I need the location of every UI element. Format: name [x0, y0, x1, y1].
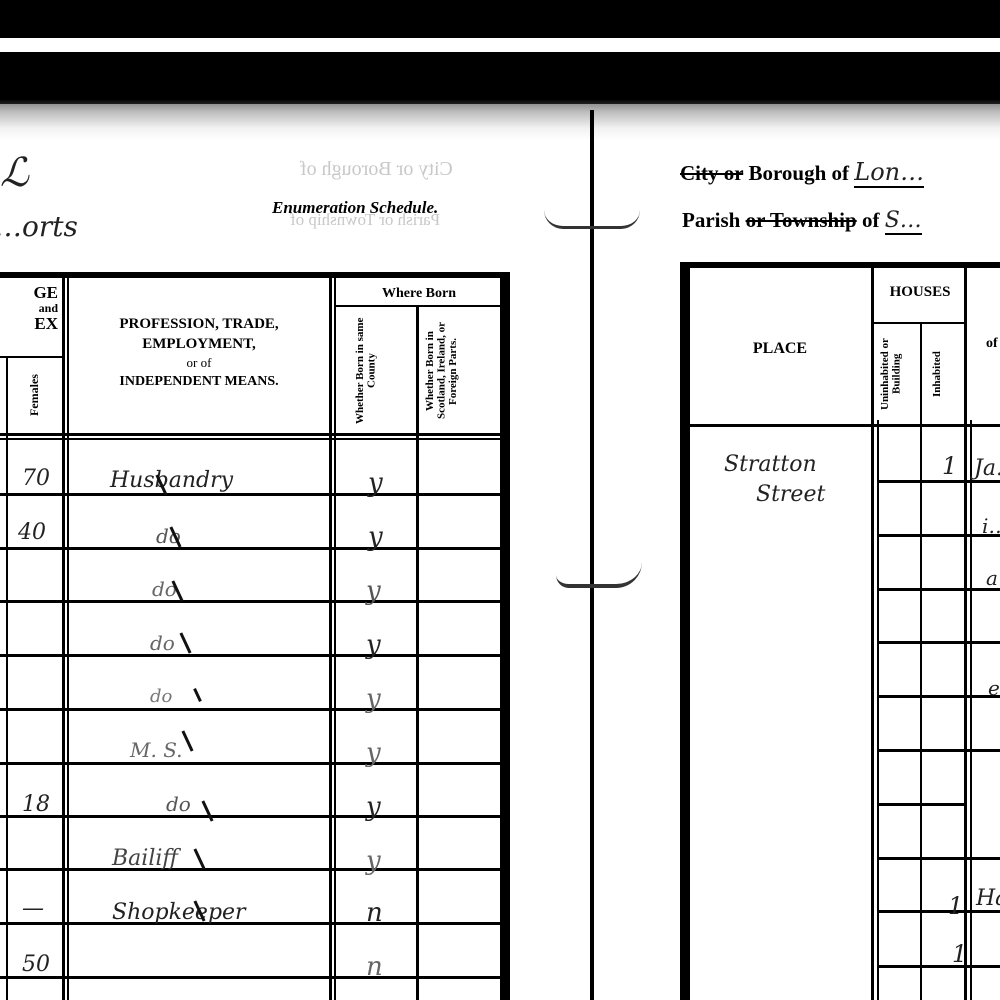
- left-col-divider-profession: [62, 272, 65, 1000]
- same-county-header: Whether Born in same County: [355, 312, 395, 430]
- row-7-same-county: y: [366, 792, 381, 822]
- age-header-line1: GE: [0, 284, 58, 302]
- age-sex-header: GE and EX: [0, 284, 62, 333]
- row-6-same-county: y: [366, 738, 381, 768]
- females-column-header: Females: [28, 362, 46, 428]
- row-3-same-county: y: [366, 576, 381, 606]
- row-1-female-age: 70: [22, 466, 50, 491]
- row-5-profession: do: [150, 686, 172, 707]
- row-5-same-county: y: [366, 684, 381, 714]
- scan-border-top: [0, 0, 1000, 38]
- left-header-bottom: [0, 433, 502, 436]
- row-3-next: a…: [986, 566, 1000, 590]
- row-9-next: Ha…: [976, 886, 1000, 911]
- profession-column-header: PROFESSION, TRADE, EMPLOYMENT, or of IND…: [68, 314, 330, 392]
- row-2-same-county: y: [368, 522, 383, 552]
- row-9-inhabited: 1: [948, 892, 963, 920]
- city-borough-line: City or Borough of Lon…: [680, 158, 924, 186]
- row-4-profession: do: [150, 631, 175, 655]
- row-8-same-county: y: [366, 846, 381, 876]
- row-6-profession: M. S.: [130, 738, 183, 762]
- profession-header-line3: or of: [68, 354, 330, 372]
- borough-label: Borough of: [748, 161, 854, 185]
- left-table-top-border: [0, 272, 510, 278]
- where-born-header: Where Born: [336, 286, 502, 302]
- age-sex-subheader-line: [0, 356, 64, 358]
- handwritten-top-word: …orts: [0, 210, 78, 243]
- scan-border-upper: [0, 52, 1000, 104]
- schedule-title: Enumeration Schedule.: [272, 198, 438, 218]
- row-4-same-county: y: [366, 630, 381, 660]
- left-header-bottom-b: [0, 438, 502, 440]
- place-row-1-line2: Street: [756, 482, 825, 507]
- row-9-profession: Shopkeeper: [112, 900, 246, 925]
- city-value: Lon…: [854, 158, 924, 188]
- left-col-divider-whereborn-b: [334, 272, 336, 1000]
- city-label-struck: City or: [680, 161, 743, 185]
- foreign-parts-header: Whether Born in Scotland, Ireland, or Fo…: [425, 312, 493, 430]
- whereborn-subheader-line: [334, 305, 502, 307]
- left-col-divider-age: [6, 358, 8, 1000]
- row-10-female-age: 50: [22, 952, 50, 977]
- row-5-next: e…: [988, 676, 1000, 700]
- right-table-left-border: [680, 262, 690, 1000]
- row-1-next: Ja…: [974, 456, 1000, 481]
- parish-of-label: of: [862, 208, 880, 232]
- houses-column-header: HOUSES: [874, 284, 966, 301]
- profession-header-line1: PROFESSION, TRADE,: [68, 314, 330, 334]
- handwritten-loop: ℒ: [0, 150, 29, 196]
- right-col-divider-houses: [871, 262, 874, 1000]
- binding-thread-top: [544, 210, 640, 229]
- inhabited-header: Inhabited: [932, 328, 952, 420]
- left-table-right-border: [500, 272, 510, 1000]
- row-8-profession: Bailiff: [112, 846, 178, 871]
- place-row-1-line1: Stratton: [724, 452, 817, 477]
- uninhabited-header: Uninhabited or Building: [880, 328, 916, 420]
- profession-header-line2: EMPLOYMENT,: [68, 334, 330, 354]
- parish-value: S…: [885, 208, 922, 235]
- right-table-top-border: [680, 262, 1000, 268]
- row-2-female-age: 40: [18, 520, 46, 545]
- next-column-header-partial: of: [986, 336, 998, 352]
- bleedthrough-line-1: City or Borough of: [300, 158, 453, 181]
- right-col-divider-next-b: [970, 420, 972, 1000]
- row-1-same-county: y: [368, 468, 383, 498]
- age-header-line3: EX: [0, 315, 58, 333]
- right-col-divider-next: [964, 262, 967, 1000]
- row-1-inhabited: 1: [942, 452, 957, 480]
- row-10-inhabited: 1: [952, 940, 967, 968]
- scan-white-strip: [0, 38, 1000, 52]
- row-7-profession: do: [166, 792, 191, 816]
- left-col-divider-foreign: [416, 306, 419, 1000]
- book-spine-line: [590, 110, 594, 1000]
- parish-label: Parish: [682, 208, 740, 232]
- profession-header-line4: INDEPENDENT MEANS.: [68, 372, 330, 392]
- right-col-divider-houses-b: [877, 420, 879, 1000]
- parish-line: Parish or Township of S…: [682, 208, 922, 233]
- right-header-bottom: [690, 424, 1000, 427]
- row-7-female-age: 18: [22, 792, 50, 817]
- row-2-next: i…: [982, 514, 1000, 538]
- row-9-female-age: —: [22, 896, 44, 921]
- houses-subheader-line: [874, 322, 966, 324]
- township-label-struck: or Township: [746, 208, 857, 232]
- place-column-header: PLACE: [690, 340, 870, 358]
- row-1-profession: Husbandry: [110, 468, 233, 493]
- row-9-same-county: n: [366, 898, 383, 928]
- binding-thread-middle: [556, 562, 642, 588]
- row-10-same-county: n: [366, 952, 383, 982]
